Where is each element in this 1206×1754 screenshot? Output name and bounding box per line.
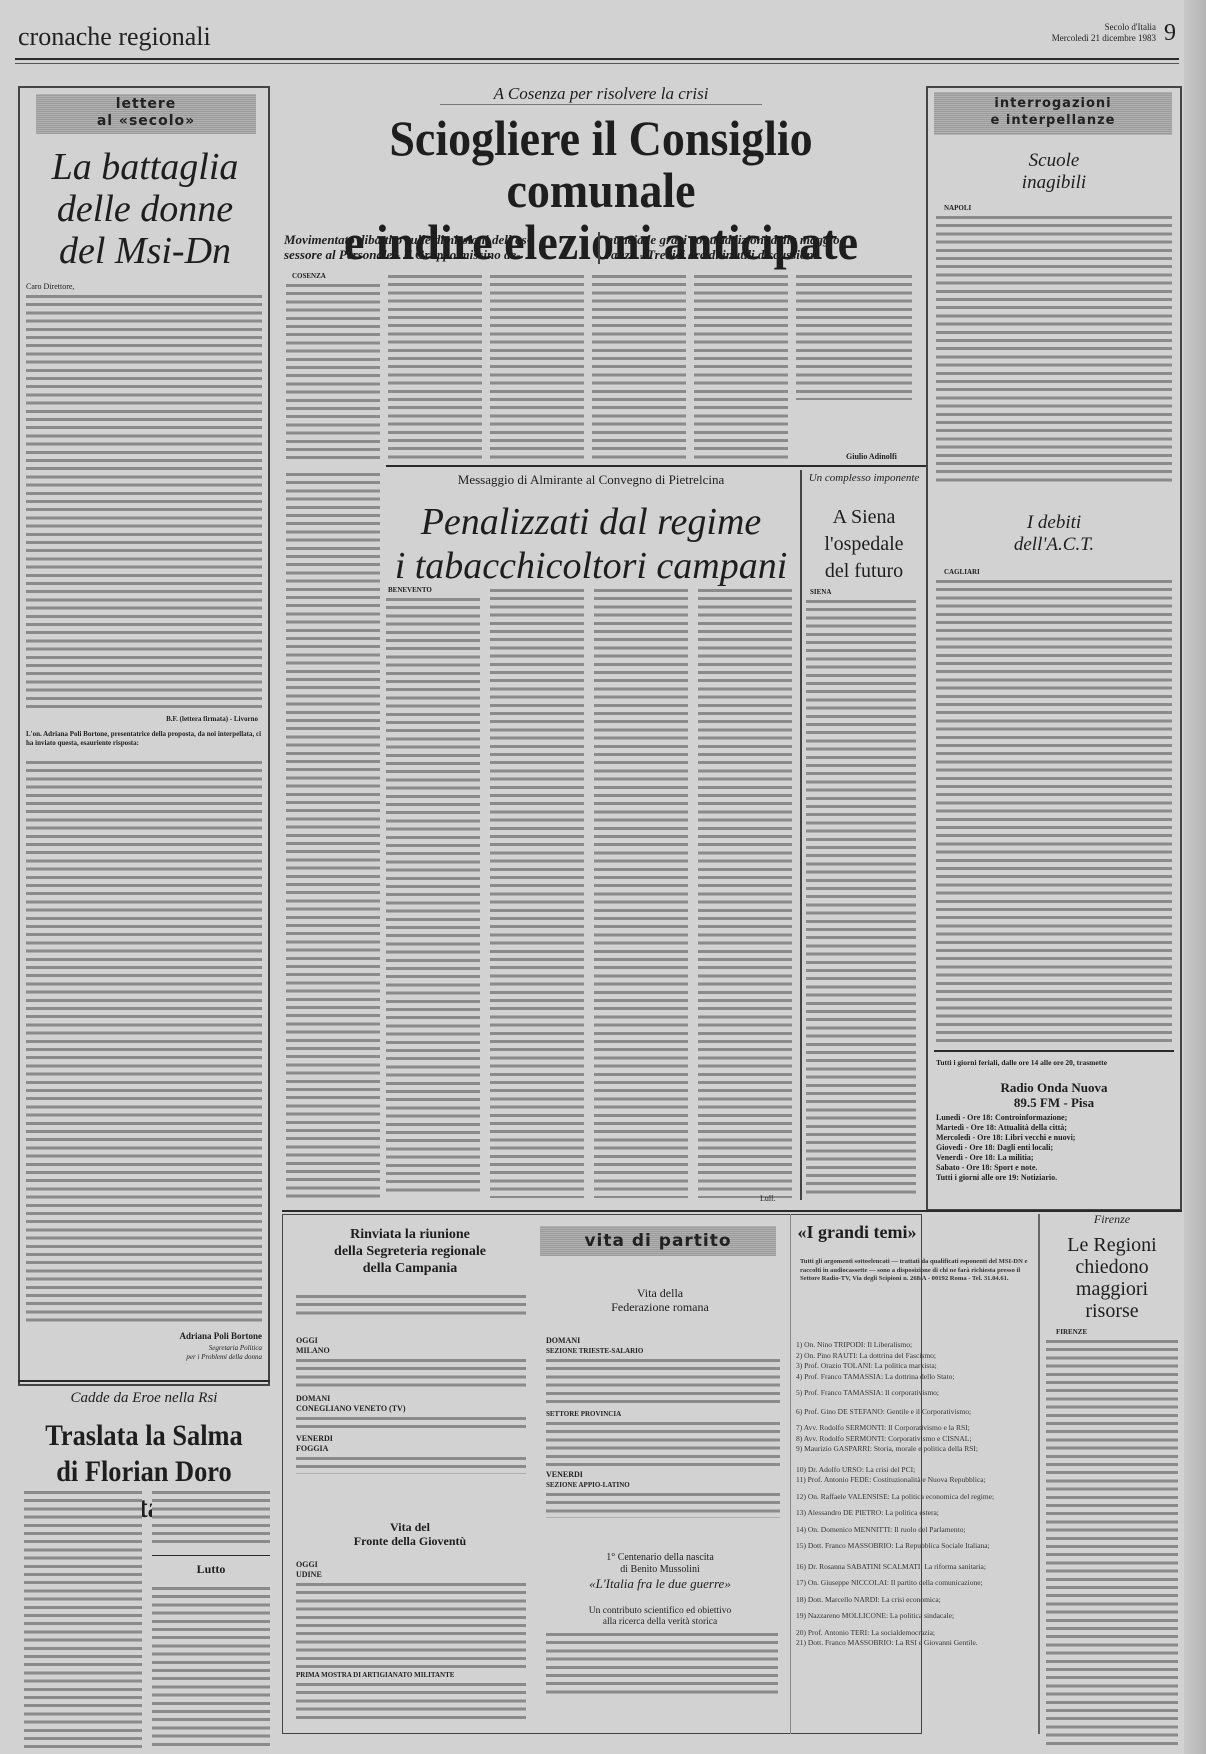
cosenza-col-2 <box>388 272 482 463</box>
reply-signature-role: Segretaria Politica per i Problemi della… <box>186 1344 262 1362</box>
day-label: OGGI <box>296 1560 526 1570</box>
act-headline: I debiti dell'A.C.T. <box>934 512 1174 556</box>
fronte-programme: OGGI UDINE PRIMA MOSTRA DI ARTIGIANATO M… <box>296 1560 526 1720</box>
cosenza-col-4 <box>592 272 686 463</box>
tabacchi-col-3 <box>594 586 688 1198</box>
programme-text <box>296 1580 526 1670</box>
lutto-heading: Lutto <box>152 1562 270 1577</box>
schedule-item: Lunedì - Ore 18: Controinformazione; <box>936 1113 1172 1123</box>
letters-salutation: Caro Direttore, <box>26 282 74 291</box>
day-label: VENERDI <box>296 1434 526 1444</box>
firenze-dateline: FIRENZE <box>1056 1328 1087 1336</box>
radio-rule <box>934 1050 1174 1052</box>
schedule-item: Mercoledì - Ore 18: Libri vecchi e nuovi… <box>936 1133 1172 1143</box>
florian-body-left <box>24 1488 142 1748</box>
fronte-headline: Vita del Fronte della Gioventù <box>290 1520 530 1548</box>
reply-body <box>26 758 262 1326</box>
cosenza-col-3 <box>490 272 584 463</box>
programme-text <box>296 1454 526 1474</box>
topic-item: 8) Avv. Rodolfo SERMONTI: Corporativismo… <box>796 1434 1034 1445</box>
topic-item: 12) On. Raffaele VALENSISE: La politica … <box>796 1492 1034 1503</box>
cosenza-signature: Giulio Adinolfi <box>846 452 897 461</box>
grandi-temi-list: 1) On. Nino TRIPODI: Il Liberalismo; 2) … <box>796 1340 1034 1649</box>
firenze-kicker: Firenze <box>1042 1212 1182 1227</box>
grandi-temi-intro: Tutti gli argomenti sottoelencati — trat… <box>800 1258 1032 1284</box>
schedule-item: Venerdì - Ore 18: La militia; <box>936 1153 1172 1163</box>
topic-item: 9) Maurizio GASPARRI: Storia, morale e p… <box>796 1444 1034 1455</box>
topic-item: 4) Prof. Franco TAMASSIA: La dottrina de… <box>796 1372 1034 1383</box>
siena-body <box>806 597 916 1197</box>
radio-schedule: Lunedì - Ore 18: Controinformazione; Mar… <box>936 1113 1172 1183</box>
firenze-headline: Le Regioni chiedono maggiori risorse <box>1042 1234 1182 1322</box>
place-label: FOGGIA <box>296 1444 526 1454</box>
day-label: OGGI <box>296 1336 526 1346</box>
topic-item: 15) Dott. Franco MASSOBRIO: La Repubblic… <box>796 1541 1034 1552</box>
campania-programme: OGGI MILANO DOMANI CONEGLIANO VENETO (TV… <box>296 1336 526 1474</box>
topic-item: 11) Prof. Antonio FEDE: Costituzionalità… <box>796 1475 1034 1486</box>
topic-item: 17) On. Giuseppe NICCOLAI: Il partito de… <box>796 1578 1034 1589</box>
day-label: DOMANI <box>546 1336 780 1346</box>
cosenza-col-6 <box>796 272 912 400</box>
topic-item: 20) Prof. Antonio TERI: La socialdemocra… <box>796 1628 1034 1639</box>
letters-band: lettere al «secolo» <box>36 94 256 134</box>
cosenza-col-1 <box>286 281 380 463</box>
letters-body <box>26 292 262 712</box>
subhead-divider <box>598 232 600 264</box>
page-edge <box>1184 0 1206 1754</box>
siena-dateline: SIENA <box>810 588 831 596</box>
radio-station: Radio Onda Nuova 89.5 FM - Pisa <box>934 1080 1174 1110</box>
letters-headline: La battaglia delle donne del Msi-Dn <box>30 146 260 272</box>
programme-text <box>546 1419 780 1467</box>
reply-intro: L'on. Adriana Poli Bortone, presentatric… <box>26 730 262 748</box>
lutto-body <box>152 1584 270 1748</box>
scuole-headline: Scuole inagibili <box>934 150 1174 194</box>
place-label: PRIMA MOSTRA DI ARTIGIANATO MILITANTE <box>296 1670 526 1680</box>
topic-item: 2) On. Pino RAUTI: La dottrina del Fasci… <box>796 1351 1034 1362</box>
topic-item: 3) Prof. Orazio TOLANI: La politica marx… <box>796 1361 1034 1372</box>
schedule-item: Sabato - Ore 18: Sport e note. <box>936 1163 1172 1173</box>
interrogazioni-band: interrogazioni e interpellanze <box>934 92 1172 135</box>
florian-rule <box>18 1380 270 1382</box>
cosenza-kicker: A Cosenza per risolvere la crisi <box>278 84 924 104</box>
scuole-dateline: NAPOLI <box>944 204 971 212</box>
place-label: MILANO <box>296 1346 526 1356</box>
topic-item: 10) Dr. Adolfo URSO: La crisi del PCI; <box>796 1465 1034 1476</box>
act-dateline: CAGLIARI <box>944 568 980 576</box>
contributo-subhead: Un contributo scientifico ed obiettivo a… <box>540 1606 780 1628</box>
programme-text <box>546 1356 780 1406</box>
florian-kicker: Cadde da Eroe nella Rsi <box>18 1390 270 1407</box>
place-label: UDINE <box>296 1570 526 1580</box>
tabacchi-dateline: BENEVENTO <box>388 586 432 594</box>
contributo-body <box>546 1630 778 1696</box>
topic-item: 7) Avv. Rodolfo SERMONTI: Il Corporativi… <box>796 1423 1034 1434</box>
reply-signature-name: Adriana Poli Bortone <box>180 1331 263 1341</box>
topic-item: 1) On. Nino TRIPODI: Il Liberalismo; <box>796 1340 1034 1351</box>
programme-text <box>546 1490 780 1518</box>
schedule-item: Giovedì - Ore 18: Dagli enti locali; <box>936 1143 1172 1153</box>
topic-item: 5) Prof. Franco TAMASSIA: Il corporativi… <box>796 1388 1034 1399</box>
cosenza-dateline: COSENZA <box>292 272 326 280</box>
topic-item: 14) On. Domenico MENNITTI: Il ruolo del … <box>796 1525 1034 1536</box>
section-title: cronache regionali <box>18 22 211 52</box>
topic-item: 21) Dott. Franco MASSOBRIO: La RSI e Gio… <box>796 1638 1034 1649</box>
lutto-rule <box>152 1555 270 1556</box>
campania-intro <box>296 1292 526 1318</box>
tabacchi-col-2 <box>490 586 584 1198</box>
issue-date: Mercoledì 21 dicembre 1983 <box>1052 33 1156 43</box>
campania-headline: Rinviata la riunione della Segreteria re… <box>290 1226 530 1277</box>
masthead-rule-thin <box>15 63 1179 64</box>
florian-body-right <box>152 1488 270 1548</box>
vita-di-partito-band: vita di partito <box>540 1226 776 1256</box>
firenze-divider <box>1038 1214 1040 1734</box>
tabacchi-top-rule <box>386 465 926 467</box>
cosenza-col-5 <box>694 272 788 463</box>
cosenza-subhead-left: Movimentato dibattito sulle dimissioni d… <box>284 232 594 262</box>
act-body <box>936 577 1172 1045</box>
day-label: VENERDI <box>546 1470 780 1480</box>
federazione-headline: Vita della Federazione romana <box>540 1286 780 1314</box>
tabacchi-headline: Penalizzati dal regime i tabacchicoltori… <box>386 500 796 588</box>
page-number: 9 <box>1164 20 1176 47</box>
federazione-programme: DOMANI SEZIONE TRIESTE-SALARIO SETTORE P… <box>546 1336 780 1518</box>
programme-text <box>296 1680 526 1720</box>
scuole-body <box>936 213 1172 485</box>
grandi-temi-headline: «I grandi temi» <box>794 1222 920 1243</box>
programme-text <box>296 1356 526 1390</box>
topic-item: 13) Alessandro DE PIETRO: La politica es… <box>796 1508 1034 1519</box>
place-label: SEZIONE APPIO-LATINO <box>546 1480 780 1490</box>
topic-item: 6) Prof. Gino DE STEFANO: Gentile e il C… <box>796 1407 1034 1418</box>
letters-signature-1: B.F. (lettera firmata) - Livorno <box>166 715 258 723</box>
paper-name: Secolo d'Italia <box>1105 22 1156 32</box>
schedule-item: Tutti i giorni alle ore 19: Notiziario. <box>936 1173 1172 1183</box>
siena-headline: A Siena l'ospedale del futuro <box>806 504 922 585</box>
day-label: DOMANI <box>296 1394 526 1404</box>
tabacchi-col-1 <box>386 595 480 1195</box>
cosenza-kicker-underline <box>440 104 762 105</box>
radio-intro: Tutti i giorni feriali, dalle ore 14 all… <box>936 1058 1172 1067</box>
masthead-rule <box>15 58 1179 60</box>
place-label: SETTORE PROVINCIA <box>546 1409 780 1419</box>
tabacchi-kicker: Messaggio di Almirante al Convegno di Pi… <box>386 472 796 488</box>
tabacchi-col-4 <box>698 586 792 1198</box>
topic-item: 16) Dr. Rosanna SABATINI SCALMATI: La ri… <box>796 1562 1034 1573</box>
place-label: SEZIONE TRIESTE-SALARIO <box>546 1346 780 1356</box>
siena-kicker: Un complesso imponente <box>806 472 922 484</box>
cosenza-continuation <box>286 470 380 1198</box>
firenze-body <box>1046 1337 1178 1747</box>
grandi-temi-divider <box>790 1214 791 1734</box>
schedule-item: Martedì - Ore 18: Attualità della città; <box>936 1123 1172 1133</box>
mussolini-headline: 1° Centenario della nascita di Benito Mu… <box>540 1552 780 1591</box>
siena-divider <box>800 470 802 1200</box>
tabacchi-signature: Lull. <box>760 1194 775 1203</box>
topic-item: 19) Nazzareno MOLLICONE: La politica sin… <box>796 1611 1034 1622</box>
programme-text <box>296 1414 526 1430</box>
topic-item: 18) Dott. Marcello NARDI: La crisi econo… <box>796 1595 1034 1606</box>
cosenza-subhead-right: nuncia le gravi contraddizioni della mag… <box>606 232 922 262</box>
place-label: CONEGLIANO VENETO (TV) <box>296 1404 526 1414</box>
